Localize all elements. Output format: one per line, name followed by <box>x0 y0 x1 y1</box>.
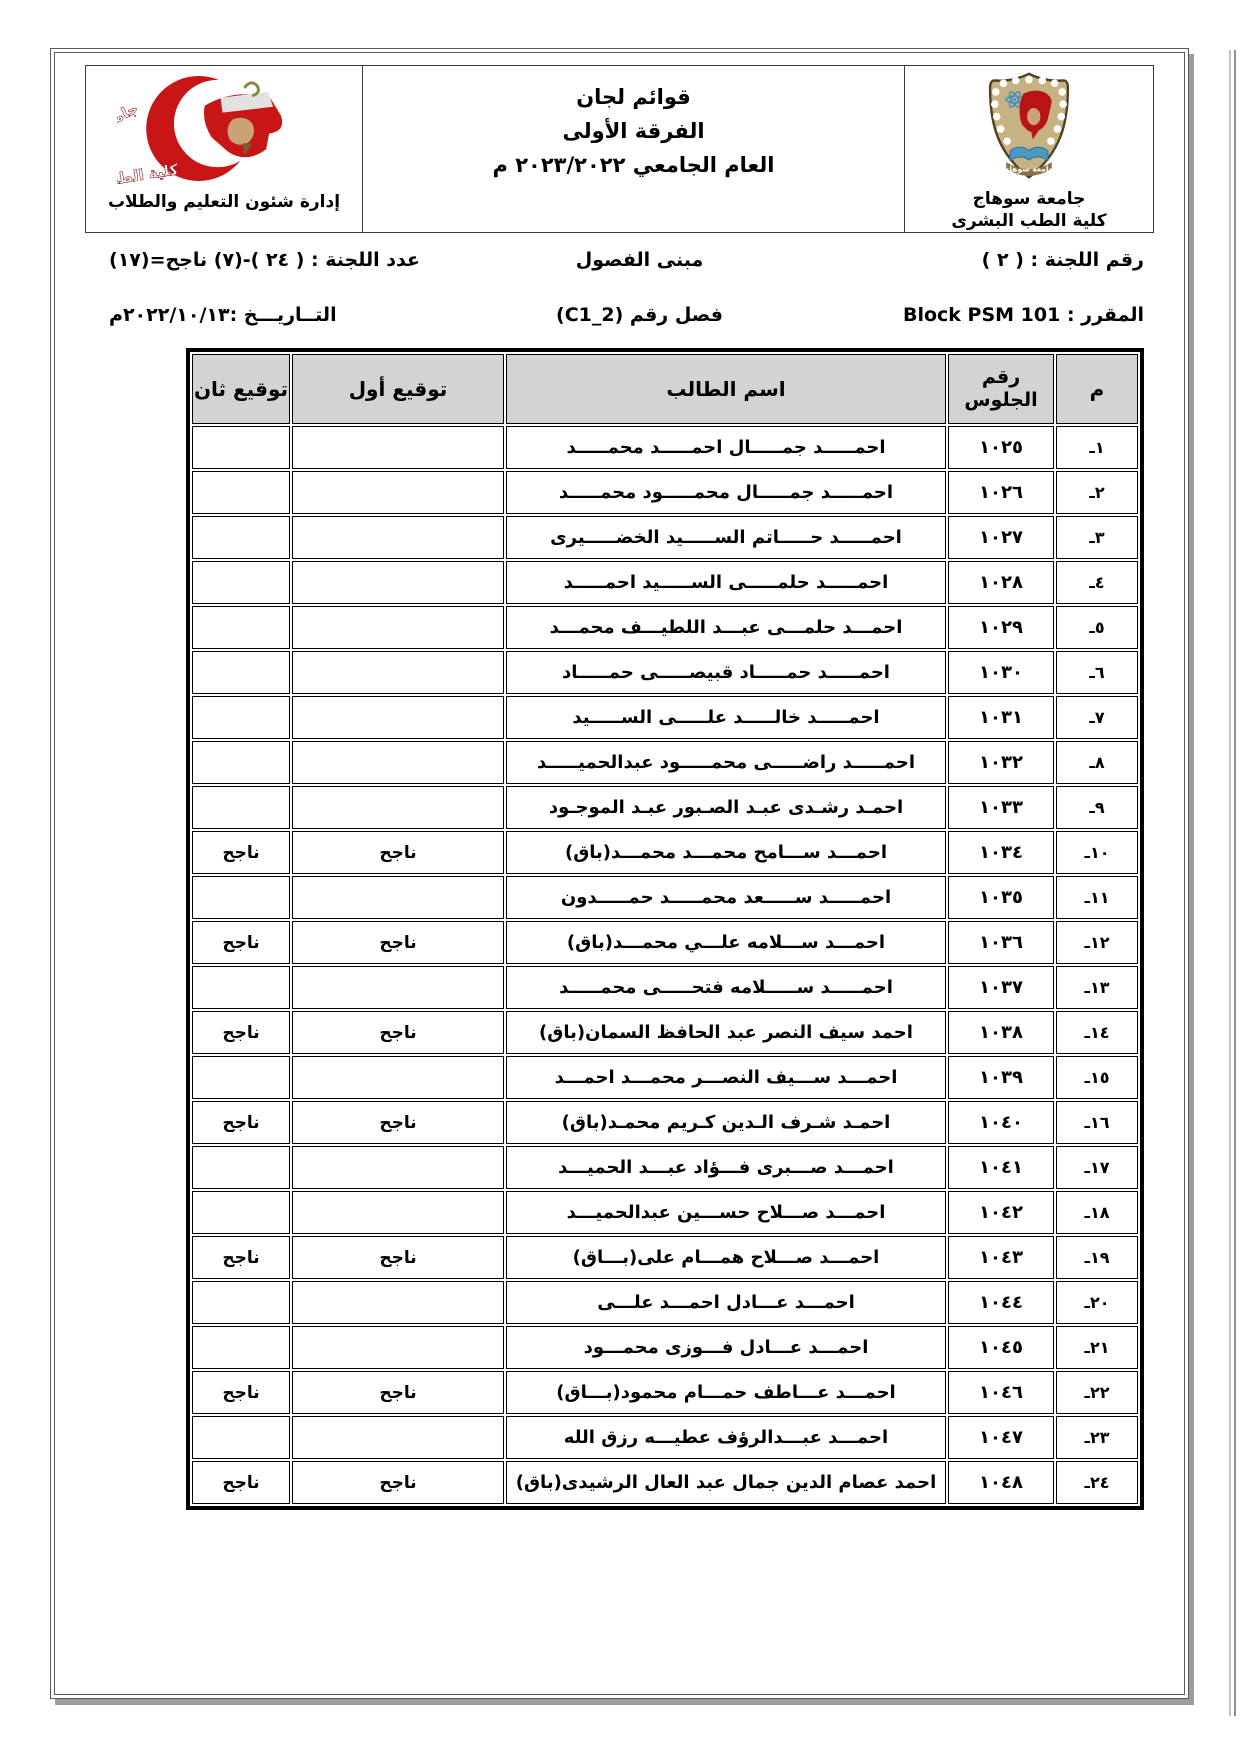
second-signature: ناجح <box>192 1371 290 1414</box>
table-row: ١٢ـ ١٠٣٦ احمـــد ســـلامه علـــي محمـــد… <box>192 921 1138 964</box>
seat-number: ١٠٣٧ <box>948 966 1054 1009</box>
seat-number: ١٠٣٤ <box>948 831 1054 874</box>
table-row: ١٦ـ ١٠٤٠ احمـد شـرف الـدين كـريم محمـد(ب… <box>192 1101 1138 1144</box>
student-name: احمـــد عبـــدالرؤف عطيـــه رزق الله <box>506 1416 946 1459</box>
row-index: ٨ـ <box>1056 741 1138 784</box>
first-signature: ناجح <box>292 1371 504 1414</box>
second-signature: ناجح <box>192 921 290 964</box>
row-index: ٣ـ <box>1056 516 1138 559</box>
seat-number: ١٠٣٨ <box>948 1011 1054 1054</box>
second-signature <box>192 1191 290 1234</box>
row-index: ١٧ـ <box>1056 1146 1138 1189</box>
row-index: ١٥ـ <box>1056 1056 1138 1099</box>
shield-banner-text: جامعة سوهاج <box>1004 165 1054 174</box>
page-frame: جامعة سوهاج جامعة سوهاج كلية الطب البشرى… <box>50 48 1189 1699</box>
row-index: ١٨ـ <box>1056 1191 1138 1234</box>
building-name: مبنى الفصول <box>475 249 804 271</box>
document-title: قوائم لجان الفرقة الأولى العام الجامعي ٢… <box>362 66 905 232</box>
first-signature: ناجح <box>292 1236 504 1279</box>
table-row: ١٤ـ ١٠٣٨ احمد سيف النصر عبد الحافظ السما… <box>192 1011 1138 1054</box>
second-signature <box>192 606 290 649</box>
seat-number: ١٠٤٥ <box>948 1326 1054 1369</box>
second-signature <box>192 1146 290 1189</box>
table-row: ٥ـ ١٠٢٩ احمـــد حلمـــى عبـــد اللطيـــف… <box>192 606 1138 649</box>
admin-office-label: إدارة شئون التعليم والطلاب <box>86 192 362 212</box>
first-signature <box>292 696 504 739</box>
first-signature <box>292 516 504 559</box>
second-signature <box>192 1281 290 1324</box>
student-name: احمـــد عـــاطف حمـــام محمود(بـــاق) <box>506 1371 946 1414</box>
classroom: فصل رقم (C1_2) <box>475 304 804 326</box>
seat-number: ١٠٤٠ <box>948 1101 1054 1144</box>
row-index: ٤ـ <box>1056 561 1138 604</box>
crescent-text-top: جامعة سوهاج <box>117 99 141 158</box>
second-signature <box>192 1326 290 1369</box>
table-row: ٦ـ ١٠٣٠ احمـــــد حمـــــاد قبيصـــــى ح… <box>192 651 1138 694</box>
student-name: احمـــد عـــادل احمـــد علـــى <box>506 1281 946 1324</box>
student-name: احمـد شـرف الـدين كـريم محمـد(باق) <box>506 1101 946 1144</box>
title-line-2: الفرقة الأولى <box>363 114 904 148</box>
table-row: ٢٠ـ ١٠٤٤ احمـــد عـــادل احمـــد علـــى <box>192 1281 1138 1324</box>
seat-number: ١٠٢٨ <box>948 561 1054 604</box>
first-signature <box>292 1056 504 1099</box>
first-signature: ناجح <box>292 831 504 874</box>
student-name: احمـــــد راضـــــى محمـــــود عبدالحميـ… <box>506 741 946 784</box>
row-index: ١٠ـ <box>1056 831 1138 874</box>
second-signature <box>192 786 290 829</box>
student-name: احمـــد صـــلاح حســـين عبدالحميـــد <box>506 1191 946 1234</box>
second-signature <box>192 966 290 1009</box>
student-name: احمـــد ســـلامه علـــي محمـــد(باق) <box>506 921 946 964</box>
table-row: ١٩ـ ١٠٤٣ احمـــد صـــلاح همـــام على(بــ… <box>192 1236 1138 1279</box>
seat-number: ١٠٤٣ <box>948 1236 1054 1279</box>
table-row: ٩ـ ١٠٣٣ احمـد رشـدى عبـد الصـبور عبـد ال… <box>192 786 1138 829</box>
course-name: المقرر : Block PSM 101 <box>804 304 1144 326</box>
first-signature: ناجح <box>292 1011 504 1054</box>
university-name: جامعة سوهاج <box>905 188 1153 210</box>
first-signature <box>292 1326 504 1369</box>
col-header-second-signature: توقيع ثان <box>192 354 290 424</box>
university-header: جامعة سوهاج جامعة سوهاج كلية الطب البشرى <box>905 66 1153 232</box>
student-name: احمـــد ســـامح محمـــد محمـــد(باق) <box>506 831 946 874</box>
second-signature: ناجح <box>192 1236 290 1279</box>
student-name: احمـــد عـــادل فـــوزى محمـــود <box>506 1326 946 1369</box>
student-name: احمـــــد ســـــعد محمـــــد حمـــــدون <box>506 876 946 919</box>
first-signature <box>292 561 504 604</box>
seat-number: ١٠٣٥ <box>948 876 1054 919</box>
student-name: احمـــــد جمـــــال احمـــــد محمـــــد <box>506 426 946 469</box>
page: { "header": { "org_line1": "جامعة سوهاج"… <box>0 0 1241 1754</box>
seat-number: ١٠٤٦ <box>948 1371 1054 1414</box>
table-row: ١١ـ ١٠٣٥ احمـــــد ســـــعد محمـــــد حم… <box>192 876 1138 919</box>
first-signature <box>292 651 504 694</box>
second-signature <box>192 516 290 559</box>
row-index: ٢٢ـ <box>1056 1371 1138 1414</box>
row-index: ١٢ـ <box>1056 921 1138 964</box>
first-signature <box>292 426 504 469</box>
row-index: ١ـ <box>1056 426 1138 469</box>
row-index: ٧ـ <box>1056 696 1138 739</box>
seat-number: ١٠٢٩ <box>948 606 1054 649</box>
scan-edge-artifact <box>1229 50 1236 1716</box>
first-signature: ناجح <box>292 921 504 964</box>
row-index: ٦ـ <box>1056 651 1138 694</box>
student-name: احمـــد حلمـــى عبـــد اللطيـــف محمـــد <box>506 606 946 649</box>
students-table: م رقم الجلوس اسم الطالب توقيع أول توقيع … <box>186 348 1144 1510</box>
first-signature <box>292 1146 504 1189</box>
seat-number: ١٠٣٩ <box>948 1056 1054 1099</box>
seat-number: ١٠٣٣ <box>948 786 1054 829</box>
first-signature <box>292 1191 504 1234</box>
table-row: ٢٣ـ ١٠٤٧ احمـــد عبـــدالرؤف عطيـــه رزق… <box>192 1416 1138 1459</box>
second-signature <box>192 426 290 469</box>
seat-number: ١٠٤١ <box>948 1146 1054 1189</box>
second-signature <box>192 1416 290 1459</box>
col-header-student-name: اسم الطالب <box>506 354 946 424</box>
row-index: ٢٣ـ <box>1056 1416 1138 1459</box>
col-header-seat-number: رقم الجلوس <box>948 354 1054 424</box>
first-signature <box>292 876 504 919</box>
seat-number: ١٠٤٤ <box>948 1281 1054 1324</box>
first-signature <box>292 741 504 784</box>
table-row: ١٥ـ ١٠٣٩ احمـــد ســـيف النصـــر محمـــد… <box>192 1056 1138 1099</box>
seat-number: ١٠٣١ <box>948 696 1054 739</box>
second-signature: ناجح <box>192 1011 290 1054</box>
admin-header: جامعة سوهاج كلية الطب إدارة شئون التعليم… <box>86 66 362 232</box>
table-row: ١٧ـ ١٠٤١ احمـــد صـــبرى فـــؤاد عبـــد … <box>192 1146 1138 1189</box>
header: جامعة سوهاج جامعة سوهاج كلية الطب البشرى… <box>85 65 1154 233</box>
title-line-3: العام الجامعي ٢٠٢٣/٢٠٢٢ م <box>363 148 904 182</box>
seat-number: ١٠٤٧ <box>948 1416 1054 1459</box>
row-index: ١١ـ <box>1056 876 1138 919</box>
student-name: احمـــــد حمـــــاد قبيصـــــى حمـــــاد <box>506 651 946 694</box>
exam-date: التــاريـــخ :٢٠٢٢/١٠/١٣م <box>95 304 475 326</box>
table-row: ٨ـ ١٠٣٢ احمـــــد راضـــــى محمـــــود ع… <box>192 741 1138 784</box>
info-line-2: المقرر : Block PSM 101 فصل رقم (C1_2) ال… <box>95 304 1144 326</box>
first-signature <box>292 1416 504 1459</box>
row-index: ١٩ـ <box>1056 1236 1138 1279</box>
seat-number: ١٠٣٢ <box>948 741 1054 784</box>
seat-number: ١٠٣٠ <box>948 651 1054 694</box>
seat-number: ١٠٢٥ <box>948 426 1054 469</box>
row-index: ٢ـ <box>1056 471 1138 514</box>
row-index: ١٦ـ <box>1056 1101 1138 1144</box>
row-index: ٢٠ـ <box>1056 1281 1138 1324</box>
faculty-crescent-logo: جامعة سوهاج كلية الطب <box>117 72 331 186</box>
info-line-1: رقم اللجنة : ( ٢ ) مبنى الفصول عدد اللجن… <box>95 249 1144 271</box>
first-signature <box>292 606 504 649</box>
first-signature: ناجح <box>292 1101 504 1144</box>
row-index: ٩ـ <box>1056 786 1138 829</box>
student-name: احمـــــد جمـــــال محمـــــود محمـــــد <box>506 471 946 514</box>
student-name: احمـــــد حـــــاتم الســـــيد الخضـــــ… <box>506 516 946 559</box>
table-row: ١٨ـ ١٠٤٢ احمـــد صـــلاح حســـين عبدالحم… <box>192 1191 1138 1234</box>
table-row: ٤ـ ١٠٢٨ احمـــــد حلمـــــى الســـــيد ا… <box>192 561 1138 604</box>
table-row: ٢٤ـ ١٠٤٨ احمد عصام الدين جمال عبد العال … <box>192 1461 1138 1504</box>
committee-count: عدد اللجنة : ( ٢٤ )-(٧) ناجح=(١٧) <box>95 249 475 271</box>
page-frame-inner: جامعة سوهاج جامعة سوهاج كلية الطب البشرى… <box>54 52 1185 1695</box>
row-index: ٥ـ <box>1056 606 1138 649</box>
faculty-name: كلية الطب البشرى <box>905 210 1153 232</box>
second-signature <box>192 696 290 739</box>
student-name: احمـــد صـــبرى فـــؤاد عبـــد الحميـــد <box>506 1146 946 1189</box>
student-name: احمد سيف النصر عبد الحافظ السمان(باق) <box>506 1011 946 1054</box>
second-signature: ناجح <box>192 1101 290 1144</box>
second-signature <box>192 741 290 784</box>
student-name: احمـد رشـدى عبـد الصـبور عبـد الموجـود <box>506 786 946 829</box>
second-signature: ناجح <box>192 831 290 874</box>
seat-number: ١٠٢٧ <box>948 516 1054 559</box>
seat-number: ١٠٢٦ <box>948 471 1054 514</box>
first-signature <box>292 1281 504 1324</box>
second-signature <box>192 561 290 604</box>
col-header-first-signature: توقيع أول <box>292 354 504 424</box>
second-signature <box>192 471 290 514</box>
table-row: ١٠ـ ١٠٣٤ احمـــد ســـامح محمـــد محمـــد… <box>192 831 1138 874</box>
row-index: ٢٤ـ <box>1056 1461 1138 1504</box>
row-index: ١٤ـ <box>1056 1011 1138 1054</box>
table-row: ١ـ ١٠٢٥ احمـــــد جمـــــال احمـــــد مح… <box>192 426 1138 469</box>
table-row: ٣ـ ١٠٢٧ احمـــــد حـــــاتم الســـــيد ا… <box>192 516 1138 559</box>
seat-number: ١٠٣٦ <box>948 921 1054 964</box>
table-row: ٢١ـ ١٠٤٥ احمـــد عـــادل فـــوزى محمـــو… <box>192 1326 1138 1369</box>
second-signature <box>192 876 290 919</box>
second-signature <box>192 651 290 694</box>
col-header-index: م <box>1056 354 1138 424</box>
row-index: ١٣ـ <box>1056 966 1138 1009</box>
table-row: ٢٢ـ ١٠٤٦ احمـــد عـــاطف حمـــام محمود(ب… <box>192 1371 1138 1414</box>
seat-number: ١٠٤٨ <box>948 1461 1054 1504</box>
second-signature: ناجح <box>192 1461 290 1504</box>
table-row: ١٣ـ ١٠٣٧ احمـــــد ســـــلامه فتحـــــى … <box>192 966 1138 1009</box>
student-name: احمد عصام الدين جمال عبد العال الرشيدى(ب… <box>506 1461 946 1504</box>
title-line-1: قوائم لجان <box>363 80 904 114</box>
first-signature <box>292 786 504 829</box>
row-index: ٢١ـ <box>1056 1326 1138 1369</box>
table-header-row: م رقم الجلوس اسم الطالب توقيع أول توقيع … <box>192 354 1138 424</box>
seat-number: ١٠٤٢ <box>948 1191 1054 1234</box>
student-name: احمـــد ســـيف النصـــر محمـــد احمـــد <box>506 1056 946 1099</box>
first-signature: ناجح <box>292 1461 504 1504</box>
first-signature <box>292 966 504 1009</box>
table-row: ٧ـ ١٠٣١ احمـــــد خالـــــد علـــــى الس… <box>192 696 1138 739</box>
university-shield-logo: جامعة سوهاج <box>981 71 1077 183</box>
committee-number: رقم اللجنة : ( ٢ ) <box>804 249 1144 271</box>
second-signature <box>192 1056 290 1099</box>
student-name: احمـــــد خالـــــد علـــــى الســـــيد <box>506 696 946 739</box>
student-name: احمـــد صـــلاح همـــام على(بـــاق) <box>506 1236 946 1279</box>
first-signature <box>292 471 504 514</box>
student-name: احمـــــد ســـــلامه فتحـــــى محمـــــد <box>506 966 946 1009</box>
crescent-text-bottom: كلية الطب <box>117 160 180 186</box>
table-row: ٢ـ ١٠٢٦ احمـــــد جمـــــال محمـــــود م… <box>192 471 1138 514</box>
student-name: احمـــــد حلمـــــى الســـــيد احمـــــد <box>506 561 946 604</box>
